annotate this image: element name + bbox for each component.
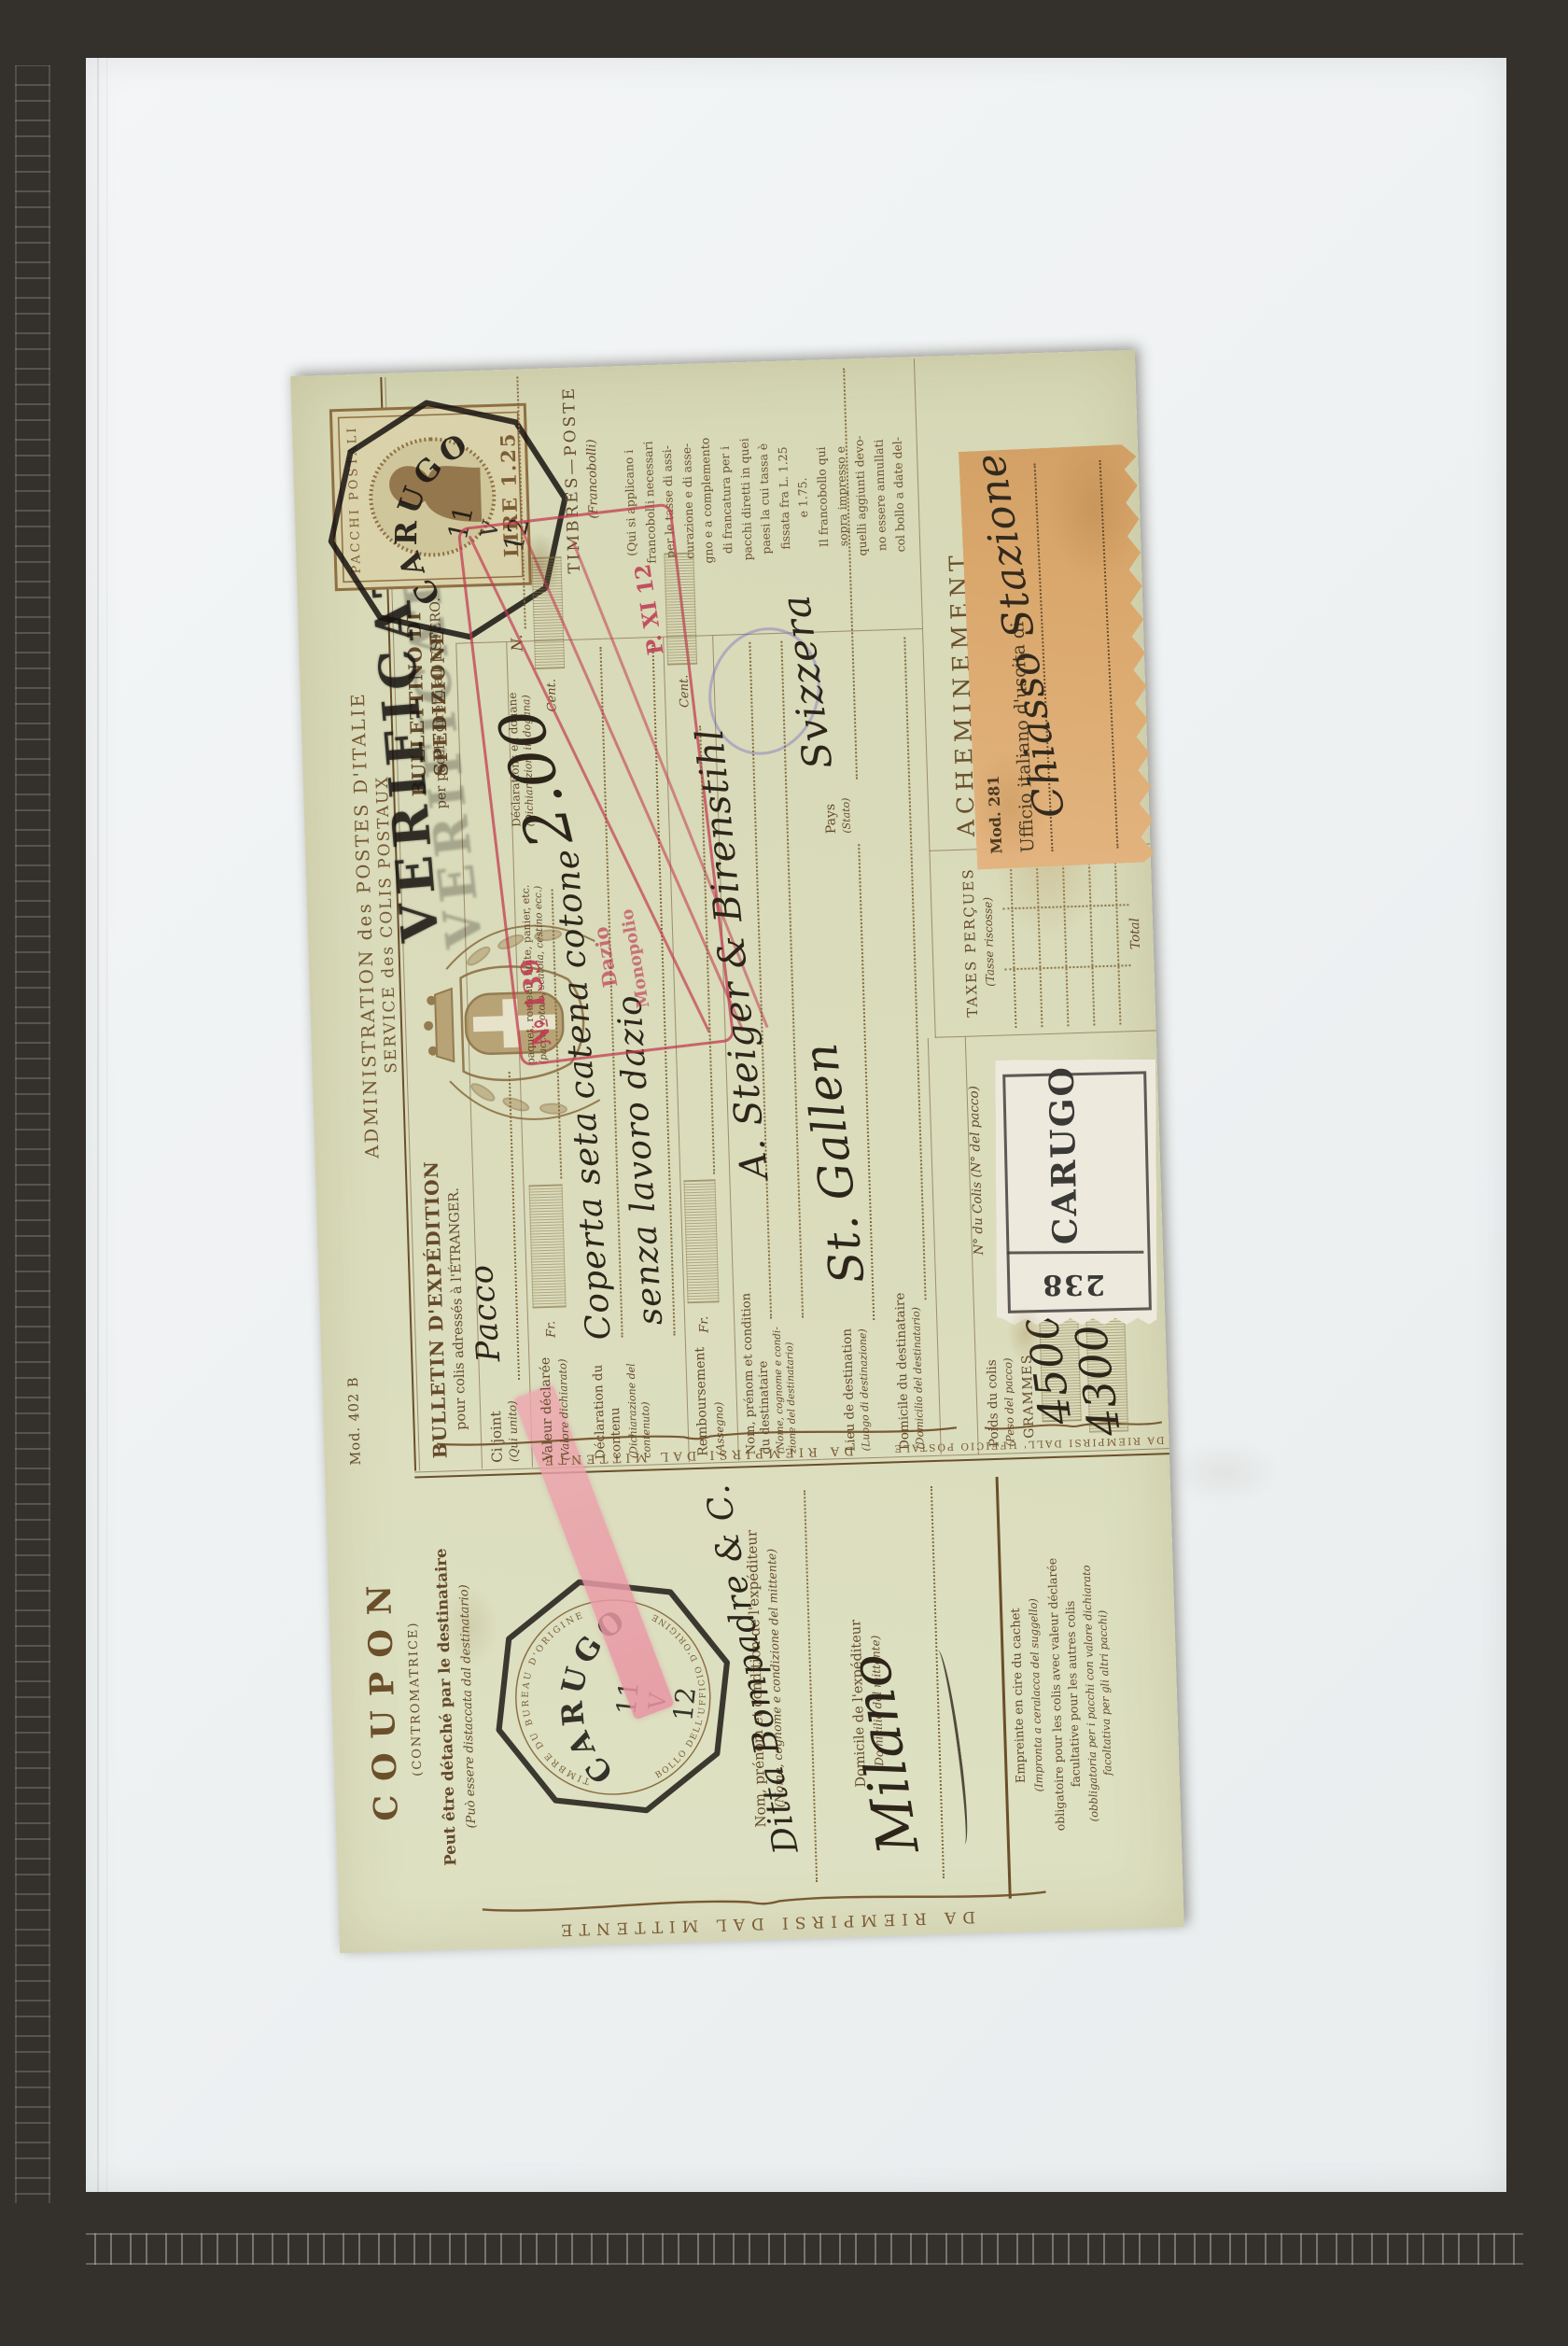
valeur-label-fr: Valeur déclarée <box>538 1357 555 1462</box>
exit-label-mod: Mod. 281 <box>985 775 1006 854</box>
album-grip-strip-left <box>15 65 50 2203</box>
contenu-label-fr: Déclaration du contenu <box>590 1338 625 1460</box>
taxes-row-3 <box>1062 852 1070 1026</box>
registration-label: 238 CARUGO <box>995 1060 1156 1326</box>
sleeve-edge-line <box>97 58 99 2192</box>
red-stamp-line1: Dazio <box>589 925 623 990</box>
taxes-header-it: (Tasse riscosse) <box>979 850 998 1034</box>
exit-office-label: Mod. 281 Ufficio italiano d'uscita di Ch… <box>959 443 1155 869</box>
pays-label: Pays <box>823 804 839 835</box>
taxes-col-1 <box>1004 964 1130 970</box>
valeur-label-it: (Valore dichiarato) <box>555 1358 571 1460</box>
parcel-dispatch-bulletin: DA RIEMPIRSI DAL MITTENTE COUPON (CONTRO… <box>290 350 1184 1954</box>
domicile-handwriting: Milano <box>837 1649 932 1859</box>
cijoint-handwriting: Pacco <box>463 1262 509 1363</box>
row-rule-d <box>928 1038 942 1454</box>
coupon-title: COUPON <box>360 1578 406 1821</box>
remb-hatch-box <box>683 1179 719 1303</box>
lieu-handwriting: St. Gallen <box>792 1040 875 1287</box>
taxes-total-label: Total <box>1127 918 1143 949</box>
taxes-col-2 <box>1002 904 1128 909</box>
dest-label-fr2: du destinataire <box>757 1360 774 1454</box>
contenu-label-it2: contenuto) <box>639 1401 653 1458</box>
sender-dotted-line <box>804 1490 818 1882</box>
taxes-row-1 <box>1010 854 1017 1028</box>
cijoint-label-fr: Ci joint <box>487 1411 506 1463</box>
poids-label-it: (Peso del pacco) <box>1001 1357 1017 1446</box>
taxes-row-4 <box>1088 851 1096 1025</box>
registration-number-wrap: 238 <box>1016 1268 1128 1301</box>
lieu-label-it: (Luogo di destinazione) <box>857 1328 873 1451</box>
red-stamp-date: P. XI 12 <box>630 562 669 656</box>
taxes-header-fr: TAXES PERÇUES <box>959 850 981 1034</box>
valeur-fr-currency: Fr. <box>544 1321 559 1338</box>
coupon-subtitle: (CONTROMATRICE) <box>405 1577 427 1819</box>
remb-fr-currency: Fr. <box>697 1316 712 1333</box>
foxing-spot <box>1169 1440 1281 1505</box>
taxes-row-2 <box>1036 853 1043 1027</box>
red-stamp-number: № 139 <box>515 956 557 1048</box>
remb-cent-hatch <box>664 553 697 666</box>
domdest-dotted <box>903 638 926 1300</box>
exit-label-handwriting: Chiasso Stazione <box>966 449 1074 822</box>
remb-label-it: (Assegno) <box>712 1401 727 1455</box>
photo-of-album-page: DA RIEMPIRSI DAL MITTENTE COUPON (CONTRO… <box>0 0 1568 2346</box>
poids-label-fr: Poids du colis <box>985 1359 1002 1447</box>
remb-label-fr: Remboursement <box>693 1347 711 1456</box>
taxes-row-5 <box>1114 851 1122 1025</box>
registration-town: CARUGO <box>1043 1080 1085 1245</box>
album-grip-strip-bottom <box>86 2233 1523 2265</box>
colis-no-label: N° du Colis (N° del pacco) <box>966 1086 987 1256</box>
red-stamp-line2: Monopolio <box>617 907 653 1009</box>
pays-label-it: (Stato) <box>840 797 853 834</box>
form-number: Mod. 402 B <box>346 1376 364 1465</box>
taxes-top-rule <box>914 358 936 1038</box>
exit-label-dotted-2 <box>1099 460 1119 849</box>
milano-underline-flourish <box>929 1649 973 1846</box>
valeur-hatch-box <box>529 1184 567 1308</box>
dest-label-it2: zione del destinatario) <box>784 1342 799 1454</box>
contenu-label-it1: (Dichiarazione del <box>625 1363 640 1458</box>
remb-cent: Cent. <box>677 674 692 708</box>
lieu-label-fr: Lieu de destination <box>840 1328 859 1452</box>
cijoint-label-it: (Qui unito) <box>506 1400 521 1462</box>
sleeve-edge-line-2 <box>106 58 107 2192</box>
registration-number: 238 <box>1041 1268 1105 1300</box>
